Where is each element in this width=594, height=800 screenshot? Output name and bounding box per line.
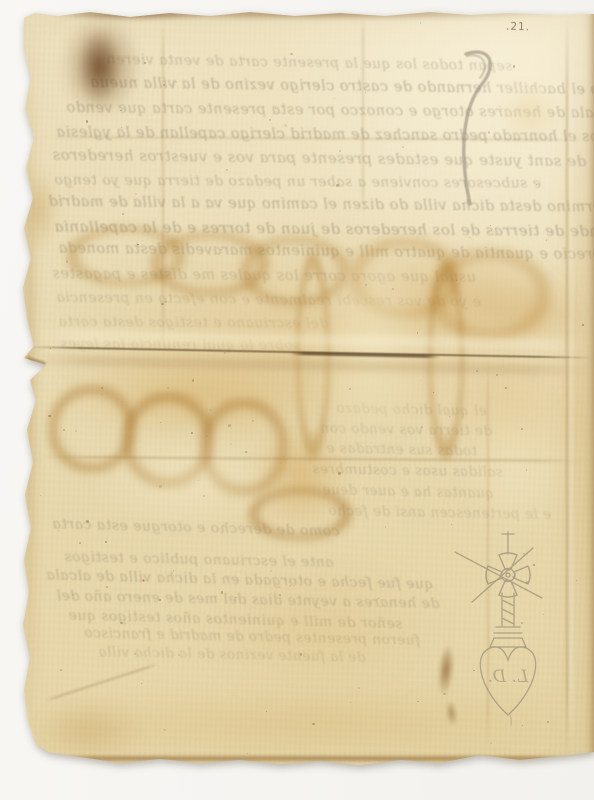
- paper-speck: [417, 332, 418, 333]
- stain-tide-rim: [350, 238, 460, 318]
- paper-speck: [75, 430, 77, 432]
- paper-speck: [86, 120, 89, 123]
- paper-speck: [228, 424, 231, 427]
- paper-speck: [420, 380, 421, 381]
- script-line: todas sus entradas e: [326, 442, 477, 459]
- paper-speck: [496, 374, 498, 376]
- sign-base: [490, 627, 526, 647]
- vertical-fold-crease: [362, 16, 364, 216]
- script-line: señor de mill e quinientos años testigos…: [68, 609, 403, 632]
- paper-speck: [141, 683, 142, 684]
- stain-tide-rim: [248, 488, 352, 540]
- paper-speck: [339, 150, 341, 152]
- horizontal-fold-crease: [28, 346, 594, 359]
- paper-speck: [270, 570, 272, 572]
- script-line: salidas usos e costumbres: [312, 463, 503, 480]
- stain-tide-rim: [430, 250, 550, 340]
- script-line: a vos el honrado pedro sanchez de madrid…: [56, 126, 594, 145]
- paper-stain: [440, 350, 594, 470]
- script-line: de henares a veynte dias del mes de ener…: [56, 589, 440, 611]
- paper-speck: [476, 370, 478, 372]
- paper-speck: [245, 451, 247, 453]
- paper-speck: [173, 570, 174, 571]
- paper-stain: [20, 20, 38, 740]
- horizontal-fold-crease: [290, 352, 440, 358]
- paper-speck: [120, 622, 123, 625]
- horizontal-fold-crease: [30, 330, 590, 350]
- paper-stain: [50, 8, 210, 20]
- script-line: por precio e quantia de quatro mill e qu…: [58, 241, 594, 263]
- paper-speck: [336, 184, 338, 186]
- paper-speck: [178, 654, 180, 656]
- paper-stain: [50, 215, 580, 455]
- paper-speck: [350, 702, 351, 703]
- paper-speck: [60, 669, 62, 671]
- paper-speck: [247, 753, 248, 754]
- stain-tide-rim: [296, 250, 330, 460]
- paper-speck: [513, 65, 516, 68]
- paper-speck: [48, 415, 50, 417]
- paper-speck: [161, 303, 164, 306]
- paper-speck: [122, 213, 124, 215]
- paper-stain: [200, 560, 440, 700]
- paper-speck: [160, 422, 161, 423]
- script-line: como yo el bachiller hernando de castro …: [90, 76, 594, 98]
- paper-speck: [106, 586, 108, 588]
- script-line: del escriuano e testigos desta carta: [58, 315, 329, 331]
- paper-stain: [78, 30, 120, 104]
- paper-speck: [456, 280, 458, 282]
- paper-speck: [378, 598, 379, 599]
- paper-speck: [417, 701, 418, 702]
- paper-stain: [312, 248, 430, 458]
- paper-speck: [221, 249, 222, 250]
- script-line: usual que agora corre los quales me dist…: [52, 267, 476, 285]
- paper-speck: [224, 352, 226, 354]
- paper-speck: [235, 597, 236, 598]
- paper-speck: [135, 193, 137, 195]
- sign-heart-tail: [510, 715, 511, 725]
- paper-speck: [526, 469, 528, 471]
- paper-speck: [284, 124, 287, 127]
- paper-speck: [334, 98, 336, 100]
- paper-stain: [62, 16, 140, 116]
- paper-speck: [449, 416, 450, 417]
- paper-speck: [203, 495, 205, 497]
- manuscript-scan: { "document": { "description": "Scanned …: [0, 0, 594, 800]
- paper-speck: [266, 711, 267, 712]
- paper-speck: [284, 578, 285, 579]
- paper-speck: [521, 428, 523, 430]
- script-line: de la fuente vezinos de la dicha villa: [98, 646, 366, 665]
- paper-speck: [230, 443, 232, 445]
- paper-speck: [134, 653, 136, 655]
- paper-stain: [28, 700, 148, 762]
- paper-speck: [66, 260, 68, 262]
- paper-speck: [338, 472, 340, 474]
- stain-tide-rim: [66, 226, 186, 286]
- paper-speck: [123, 401, 124, 402]
- paper-speck: [189, 125, 190, 126]
- script-line: de tierra vos vendo con: [320, 422, 492, 439]
- stain-tide-rim: [150, 232, 270, 296]
- paper-speck: [120, 110, 122, 112]
- paper-speck: [582, 324, 584, 326]
- paper-stain: [470, 280, 590, 350]
- horizontal-fold-crease: [36, 756, 592, 761]
- paper-stain: [500, 88, 560, 138]
- paper-speck: [86, 520, 88, 522]
- sign-cross: [486, 553, 530, 597]
- paper-speck: [40, 495, 41, 496]
- script-line: en el termino desta dicha villa do dizen…: [48, 195, 594, 216]
- paper-speck: [275, 108, 276, 109]
- paper-speck: [165, 301, 167, 303]
- paper-speck: [144, 62, 146, 64]
- stain-tide-rim: [122, 392, 214, 488]
- paper-speck: [289, 585, 292, 588]
- paper-stain: [252, 420, 348, 532]
- paper-stain: [142, 579, 145, 582]
- script-line: el qual dicho pedazo: [336, 402, 487, 419]
- paper-speck: [72, 594, 74, 596]
- paper-speck: [159, 485, 162, 488]
- paper-speck: [221, 591, 223, 593]
- paper-speck: [392, 288, 394, 290]
- paper-speck: [581, 350, 582, 351]
- script-line: ante el escriuano publico e testigos: [64, 550, 334, 570]
- paper-speck: [451, 524, 452, 525]
- paper-speck: [279, 594, 281, 596]
- paper-speck: [300, 653, 302, 655]
- paper-speck: [365, 284, 367, 286]
- paper-stain: [22, 170, 58, 250]
- paper-speck: [490, 225, 492, 227]
- horizontal-fold-crease: [30, 356, 590, 375]
- script-line: sobre lo qual renuncio las leyes: [60, 337, 301, 352]
- stain-tide-rim: [240, 236, 350, 306]
- script-line: e le pertenescen ansi de fecho: [328, 505, 551, 522]
- vertical-fold-crease: [162, 16, 164, 346]
- paper-speck: [269, 119, 271, 121]
- paper-speck: [546, 239, 547, 240]
- ink-flourish: [440, 46, 508, 218]
- paper-speck: [490, 742, 492, 744]
- paper-speck: [210, 409, 211, 410]
- paper-speck: [163, 729, 165, 731]
- horizontal-fold-crease: [25, 356, 47, 366]
- script-line: fueron presentes pedro de madrid e franc…: [84, 627, 420, 648]
- paper-speck: [198, 480, 200, 482]
- paper-sheet: sepan todos los que la presente carta de…: [0, 0, 594, 800]
- paper-speck: [358, 687, 360, 689]
- notarial-sign: L. D.: [438, 530, 578, 726]
- paper-speck: [163, 84, 165, 86]
- paper-speck: [536, 184, 537, 185]
- paper-speck: [283, 456, 284, 457]
- paper-speck: [155, 218, 156, 219]
- paper-speck: [385, 526, 387, 528]
- sign-staff: [502, 593, 514, 627]
- paper-speck: [317, 218, 318, 219]
- script-line: como de derecho e otorgue esta carta: [52, 517, 340, 539]
- paper-speck: [79, 542, 81, 544]
- paper-speck: [175, 81, 177, 83]
- sign-initials: L. D.: [488, 667, 530, 687]
- paper-speck: [433, 392, 434, 393]
- paper-speck: [252, 420, 254, 422]
- horizontal-fold-crease: [44, 663, 159, 702]
- paper-speck: [312, 723, 315, 726]
- paper-speck: [159, 599, 161, 601]
- script-line: de alcala de henares otorgo e conozco po…: [66, 101, 594, 122]
- stain-tide-rim: [200, 398, 288, 496]
- paper-speck: [63, 429, 65, 431]
- folio-number: .21.: [506, 21, 530, 34]
- paper-speck: [226, 169, 228, 171]
- paper-speck: [105, 541, 107, 543]
- script-line: e yo de vos rescebi realmente e con efec…: [56, 291, 481, 309]
- paper-stain: [40, 6, 580, 20]
- paper-speck: [421, 426, 423, 428]
- paper-speck: [192, 379, 194, 381]
- paper-sheet-wrapper: sepan todos los que la presente carta de…: [0, 0, 594, 800]
- paper-speck: [191, 432, 193, 434]
- paper-speck: [360, 68, 361, 69]
- paper-stain: [90, 430, 290, 530]
- paper-stain: [460, 380, 570, 550]
- script-line: en linde de tierras de los herederos de …: [54, 219, 594, 239]
- paper-stain: [360, 245, 580, 355]
- paper-speck: [167, 387, 169, 389]
- paper-stain: [55, 350, 335, 440]
- paper-speck: [290, 53, 292, 55]
- stain-tide-rim: [48, 385, 136, 473]
- paper-speck: [50, 348, 51, 349]
- paper-speck: [121, 127, 122, 128]
- paper-speck: [101, 394, 102, 395]
- paper-speck: [365, 92, 366, 93]
- paper-speck: [58, 530, 59, 531]
- script-line: quantas ha e auer deue: [322, 484, 494, 501]
- stain-tide-rim: [428, 260, 464, 460]
- paper-speck: [420, 22, 422, 24]
- paper-speck: [252, 654, 253, 655]
- paper-speck: [505, 387, 507, 389]
- paper-speck: [469, 237, 471, 239]
- paper-speck: [349, 388, 351, 390]
- paper-speck: [101, 387, 103, 389]
- paper-speck: [402, 146, 404, 148]
- paper-speck: [137, 244, 138, 245]
- paper-speck: [206, 435, 208, 437]
- horizontal-fold-crease: [36, 456, 590, 461]
- script-line: que fue fecha e otorgada en la dicha vil…: [46, 568, 434, 591]
